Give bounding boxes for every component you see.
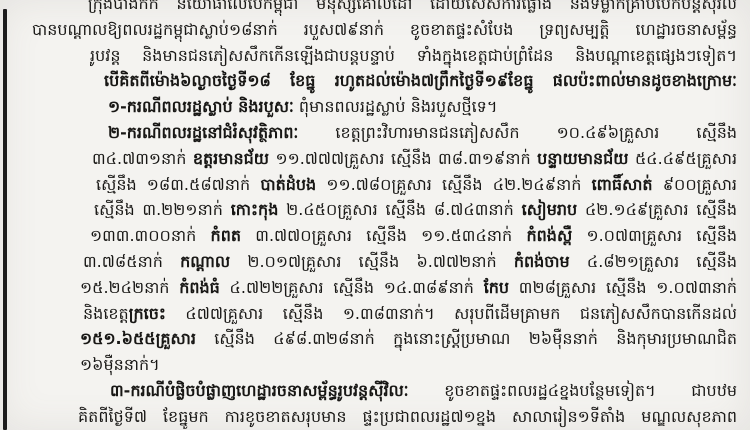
text-line: ១៦ម៉ឺននាក់។: [80, 352, 737, 378]
text-run: ស្មើនឹង ១៨៣.៥៨៧នាក់: [96, 175, 260, 194]
text-run: ២.០១៧គ្រួសារ ស្មើនឹង ៦.៧៧២នាក់: [230, 252, 514, 271]
text-line: ១-ករណីពលរដ្ឋស្លាប់ និងរបួសៈ ពុំមានពលរដ្ឋ…: [108, 94, 737, 120]
text-line: ១៣៣.៣០០នាក់ កំពត ៣.៧៧០គ្រួសារ ស្មើនឹង ១១…: [90, 223, 737, 249]
bold-text-run: កំពង់ចាម: [514, 252, 570, 271]
text-line: ស្មើនឹង ១៨៣.៥៨៧នាក់ បាត់ដំបង ១១.៧៨០គ្រួស…: [96, 172, 737, 198]
bold-text-run: បន្ទាយមានជ័យ: [537, 149, 628, 168]
document-text: ក្រុងបាងកក នយោធាលើបើកម្ពុជា មនុស្សគោលដៅ …: [30, 0, 750, 430]
text-run: ៣.៧៧០គ្រួសារ ស្មើនឹង ១១.៥៣៤នាក់: [241, 226, 526, 245]
text-run: ៩០០គ្រួសារ: [653, 175, 737, 194]
text-line-clipped: ក្រុងបាងកក នយោធាលើបើកម្ពុជា មនុស្សគោលដៅ …: [88, 0, 737, 17]
document-page: ក្រុងបាងកក នយោធាលើបើកម្ពុជា មនុស្សគោលដៅ …: [0, 0, 750, 430]
text-line: បានបណ្ដាលឱ្យពលរដ្ឋកម្ពុជាស្លាប់១៨នាក់ រប…: [32, 17, 737, 43]
text-run: ស្មើនឹង ៣.២២១នាក់: [94, 200, 231, 219]
bold-text-run: ពោធិ៍សាត់: [592, 175, 653, 194]
text-run: ១៦ម៉ឺននាក់។: [80, 355, 160, 374]
text-run: ៤២.១៤៩គ្រួសារ ស្មើនឹង: [577, 200, 737, 219]
text-run: ពុំមានពលរដ្ឋស្លាប់ និងរបួសថ្មីទេ។: [294, 97, 498, 116]
text-run: រូបវន្ត និងមានជនភៀសសឹកកើនឡើងជាបន្តបន្ទាប…: [90, 46, 737, 65]
text-run: ១៥.២៤២នាក់: [80, 278, 179, 297]
bold-text-run: កំពត: [211, 226, 241, 245]
text-run: បានបណ្ដាលឱ្យពលរដ្ឋកម្ពុជាស្លាប់១៨នាក់ រប…: [32, 20, 737, 39]
bold-text-run: ១-ករណីពលរដ្ឋស្លាប់ និងរបួសៈ: [108, 97, 294, 116]
text-line: ១៥១.៦៥៥គ្រួសារ ស្មើនឹង ៤៩៨.៣២៨នាក់ ក្នុង…: [80, 326, 737, 352]
text-run: និងខេត្ត: [83, 304, 129, 323]
scan-edge-line: [3, 9, 7, 430]
text-run: ១៣៣.៣០០នាក់: [90, 226, 211, 245]
bold-text-run: កណ្ដាល: [180, 252, 230, 271]
text-run: ៣៤.៧៣១នាក់: [92, 149, 193, 168]
bold-text-run: ឧត្តរមានជ័យ: [193, 149, 269, 168]
text-line: ៣.៧៨៥នាក់ កណ្ដាល ២.០១៧គ្រួសារ ស្មើនឹង ៦.…: [83, 249, 737, 275]
text-run: ៤.៧២២គ្រួសារ ស្មើនឹង ១៤.៣៨៩នាក់: [220, 278, 484, 297]
text-line: គិតពីថ្ងៃទី៧ ខែធ្នូមក ការខូចខាតសរុបមាន ផ…: [78, 404, 737, 430]
text-line: ៣៤.៧៣១នាក់ ឧត្តរមានជ័យ ១១.៧៧៧គ្រួសារ ស្ម…: [92, 146, 737, 172]
text-run: ខូចខាតផ្ទះពលរដ្ឋ៤ខ្នងបន្ថែមទៀត។ ជាបឋម: [409, 381, 737, 400]
text-run: ៣២៨គ្រួសារ ស្មើនឹង ១.០៧៣នាក់: [509, 278, 737, 297]
text-line: ១៥.២៤២នាក់ កំពង់ធំ ៤.៧២២គ្រួសារ ស្មើនឹង …: [80, 275, 737, 301]
text-run: ១.០៧៣គ្រួសារ ស្មើនឹង: [572, 226, 737, 245]
bold-text-run: បាត់ដំបង: [260, 175, 316, 194]
text-run: ១១.៧៨០គ្រួសារ ស្មើនឹង ៤២.២៤៩នាក់: [316, 175, 591, 194]
bold-text-run: សៀមរាប: [522, 200, 578, 219]
text-run: ក្រុងបាងកក នយោធាលើបើកម្ពុជា មនុស្សគោលដៅ …: [88, 0, 737, 13]
text-line: រូបវន្ត និងមានជនភៀសសឹកកើនឡើងជាបន្តបន្ទាប…: [90, 43, 737, 69]
text-run: ៥៤.៤៩៥គ្រួសារ: [629, 149, 737, 168]
bold-text-run: កោះកុង: [231, 200, 279, 219]
bold-text-run: កែប: [484, 278, 509, 297]
bold-text-run: ក្រចេះ: [129, 304, 166, 323]
bold-text-run: កំពង់ធំ: [179, 278, 220, 297]
bold-text-run: ១៥១.៦៥៥គ្រួសារ: [80, 329, 196, 348]
text-line: ស្មើនឹង ៣.២២១នាក់ កោះកុង ២.៤៥០គ្រួសារ ស្…: [94, 197, 737, 223]
bold-text-run: កំពង់ស្ពឺ: [526, 226, 572, 245]
text-run: គិតពីថ្ងៃទី៧ ខែធ្នូមក ការខូចខាតសរុបមាន ផ…: [78, 407, 737, 426]
text-line: បើគិតពីម៉ោង៦ល្ងាចថ្ងៃទី១៨ ខែធ្នូ រហូតដល់…: [104, 68, 737, 94]
text-run: ស្មើនឹង ៤៩៨.៣២៨នាក់ ក្នុងនោះស្ត្រីប្រមាណ…: [196, 329, 737, 348]
bold-text-run: បើគិតពីម៉ោង៦ល្ងាចថ្ងៃទី១៨ ខែធ្នូ រហូតដល់…: [104, 71, 737, 90]
text-line: និងខេត្តក្រចេះ ៤៧៧គ្រួសារ ស្មើនឹង ១.៣៨៣ន…: [83, 301, 737, 327]
text-run: ២.៤៥០គ្រួសារ ស្មើនឹង ៨.៧៤៣នាក់: [278, 200, 521, 219]
text-run: ៤.៨២១គ្រួសារ ស្មើនឹង: [570, 252, 737, 271]
text-run: ១១.៧៧៧គ្រួសារ ស្មើនឹង ៣៨.៣១៩នាក់: [269, 149, 537, 168]
text-run: ៤៧៧គ្រួសារ ស្មើនឹង ១.៣៨៣នាក់។ សរុបពីដើមគ…: [166, 304, 737, 323]
text-line: ៣-ករណីបំផ្លិចបំផ្លាញហេដ្ឋារចនាសម្ព័ន្ធរូ…: [110, 378, 737, 404]
text-run: ៣.៧៨៥នាក់: [83, 252, 180, 271]
text-run: ខេត្តព្រះវិហារមានជនភៀសសឹក ១០.៤៩៦គ្រួសារ …: [298, 123, 737, 142]
bold-text-run: ៣-ករណីបំផ្លិចបំផ្លាញហេដ្ឋារចនាសម្ព័ន្ធរូ…: [110, 381, 409, 400]
text-line: ២-ករណីពលរដ្ឋនៅជំរំសុវត្ថិភាពៈ ខេត្តព្រះវ…: [108, 120, 737, 146]
bold-text-run: ២-ករណីពលរដ្ឋនៅជំរំសុវត្ថិភាពៈ: [108, 123, 298, 142]
